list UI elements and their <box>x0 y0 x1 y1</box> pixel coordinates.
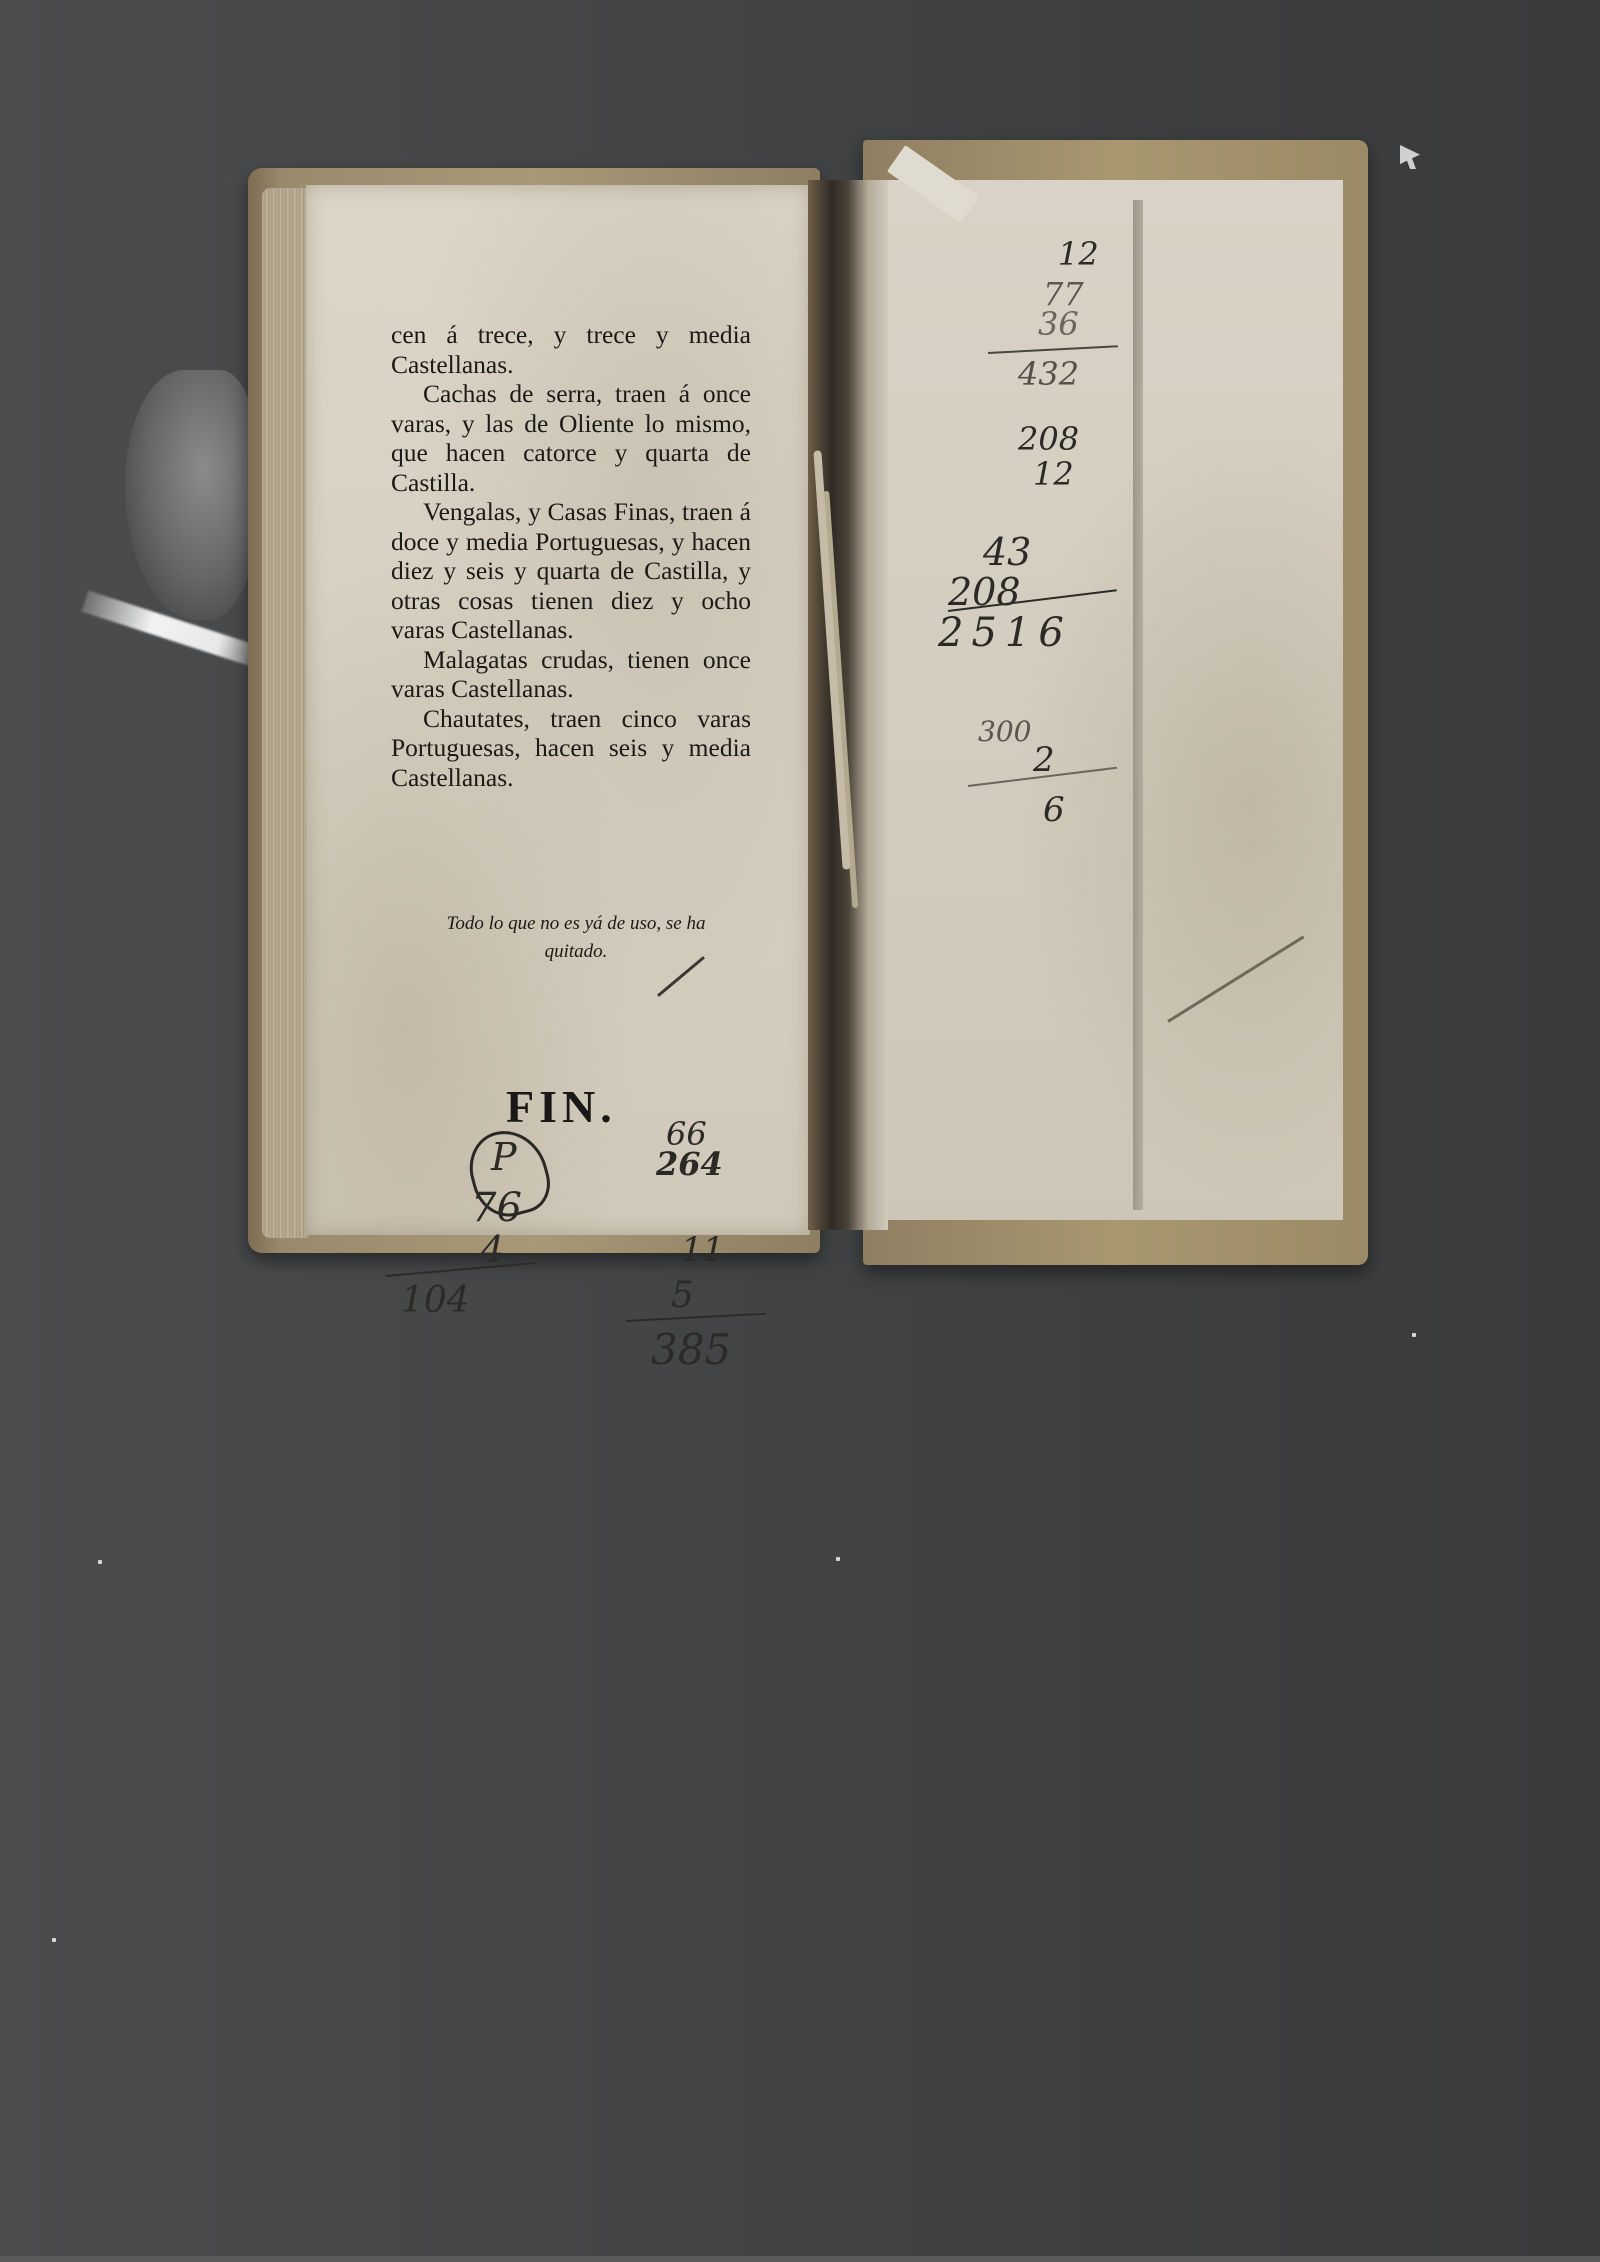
handwritten-number: 12 <box>1058 235 1099 273</box>
paragraph: Cachas de serra, traen á once varas, y l… <box>391 379 751 497</box>
colophon-line: Todo lo que no es yá de uso, se ha <box>386 910 766 938</box>
paragraph: Chautates, traen cinco varas Portuguesas… <box>391 704 751 793</box>
handwritten-number: 208 <box>1018 420 1079 458</box>
open-book: cen á trece, y trece y media Castellanas… <box>248 140 1368 1270</box>
handwritten-number: 5 <box>671 1275 694 1316</box>
end-mark: FIN. <box>506 1080 617 1133</box>
pointer-mark <box>1400 145 1420 169</box>
colophon-note: Todo lo que no es yá de uso, se ha quita… <box>386 910 766 966</box>
handwritten-number: 12 <box>1033 455 1074 493</box>
body-text: cen á trece, y trece y media Castellanas… <box>391 320 751 792</box>
handwritten-number: 300 <box>978 715 1031 748</box>
handwritten-number: 6 <box>1043 790 1065 830</box>
paragraph: Vengalas, y Casas Finas, traen á doce y … <box>391 497 751 645</box>
handwritten-number: 385 <box>651 1325 731 1374</box>
colophon-line: quitado. <box>386 938 766 966</box>
handwritten-letter: P <box>491 1135 517 1179</box>
handwritten-number: 2516 <box>938 610 1072 656</box>
handwritten-number: 432 <box>1018 355 1079 393</box>
dust-speck <box>52 1938 56 1942</box>
dust-speck <box>836 1557 840 1561</box>
scanner-glare <box>125 370 255 620</box>
handwritten-number: 264 <box>656 1145 723 1183</box>
handwritten-number: 76 <box>471 1185 522 1231</box>
dust-speck <box>1412 1333 1416 1337</box>
sum-line <box>626 1313 766 1322</box>
paragraph: Malagatas crudas, tienen once varas Cast… <box>391 645 751 704</box>
sum-line <box>386 1262 536 1277</box>
paragraph: cen á trece, y trece y media Castellanas… <box>391 320 751 379</box>
handwritten-number: 104 <box>401 1280 470 1321</box>
page-block-edges <box>262 188 308 1238</box>
paper-fold <box>1133 200 1143 1210</box>
back-pastedown <box>878 180 1343 1220</box>
book-gutter <box>808 180 888 1230</box>
last-printed-page: cen á trece, y trece y media Castellanas… <box>306 185 810 1235</box>
dust-speck <box>98 1560 102 1564</box>
handwritten-number: 36 <box>1038 305 1079 343</box>
handwritten-number: 11 <box>681 1230 724 1270</box>
handwritten-number: 43 <box>983 530 1031 574</box>
scanner-edge <box>0 2256 1600 2262</box>
